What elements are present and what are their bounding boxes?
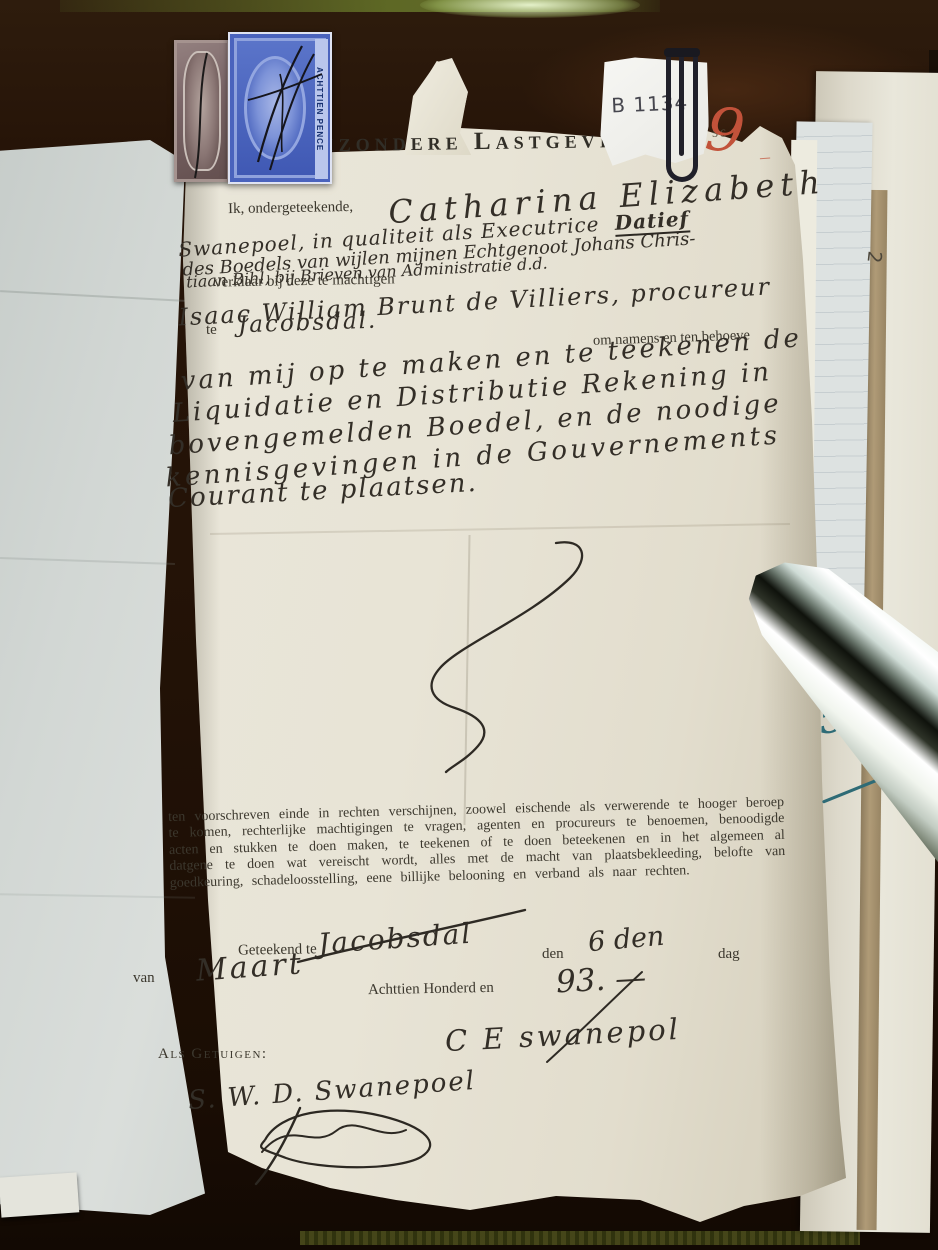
handwritten-signed-day: 6 den [587, 921, 666, 959]
handwritten-attorney-place: Jacobsdal. [238, 308, 378, 339]
handwritten-signed-month: Maart [195, 946, 305, 988]
stamp-cancellation-ink [230, 34, 334, 186]
grantor-signature: C E swanepol [444, 1012, 681, 1058]
printed-legal-paragraph: ten voorschreven einde in rechten versch… [168, 795, 786, 892]
red-dash: – [759, 146, 771, 170]
printed-dag: dag [718, 946, 740, 963]
revenue-stamp-purple [174, 40, 230, 182]
printed-te: te [206, 322, 217, 339]
paperclip-inner-leg [679, 52, 684, 156]
red-filing-number: 9 [702, 94, 748, 168]
paperclip-top-bend [664, 48, 700, 57]
printed-den: den [542, 946, 564, 963]
revenue-stamp-blue: ACHTTIEN PENCE [228, 32, 332, 184]
printed-witnesses-label: Als Getuigen: [158, 1046, 268, 1063]
handwritten-signed-year: 93. — [555, 960, 647, 1001]
witness-signature-1: S. W. D. Swanepoel [187, 1066, 477, 1116]
printed-authorize: verklaar bij deze te machtigen [214, 271, 395, 291]
photo-of-document: 2 5 Bizondere Lastgeving. A 56 9 – Ik, o… [0, 0, 938, 1250]
stamp-cancellation-ink [177, 43, 233, 185]
printed-van: van [133, 970, 155, 987]
handwritten-signed-place: Jacobsdal [317, 917, 473, 961]
printed-year-prefix: Achttien Honderd en [368, 980, 494, 999]
printed-opening: Ik, ondergeteekende, [228, 199, 353, 218]
